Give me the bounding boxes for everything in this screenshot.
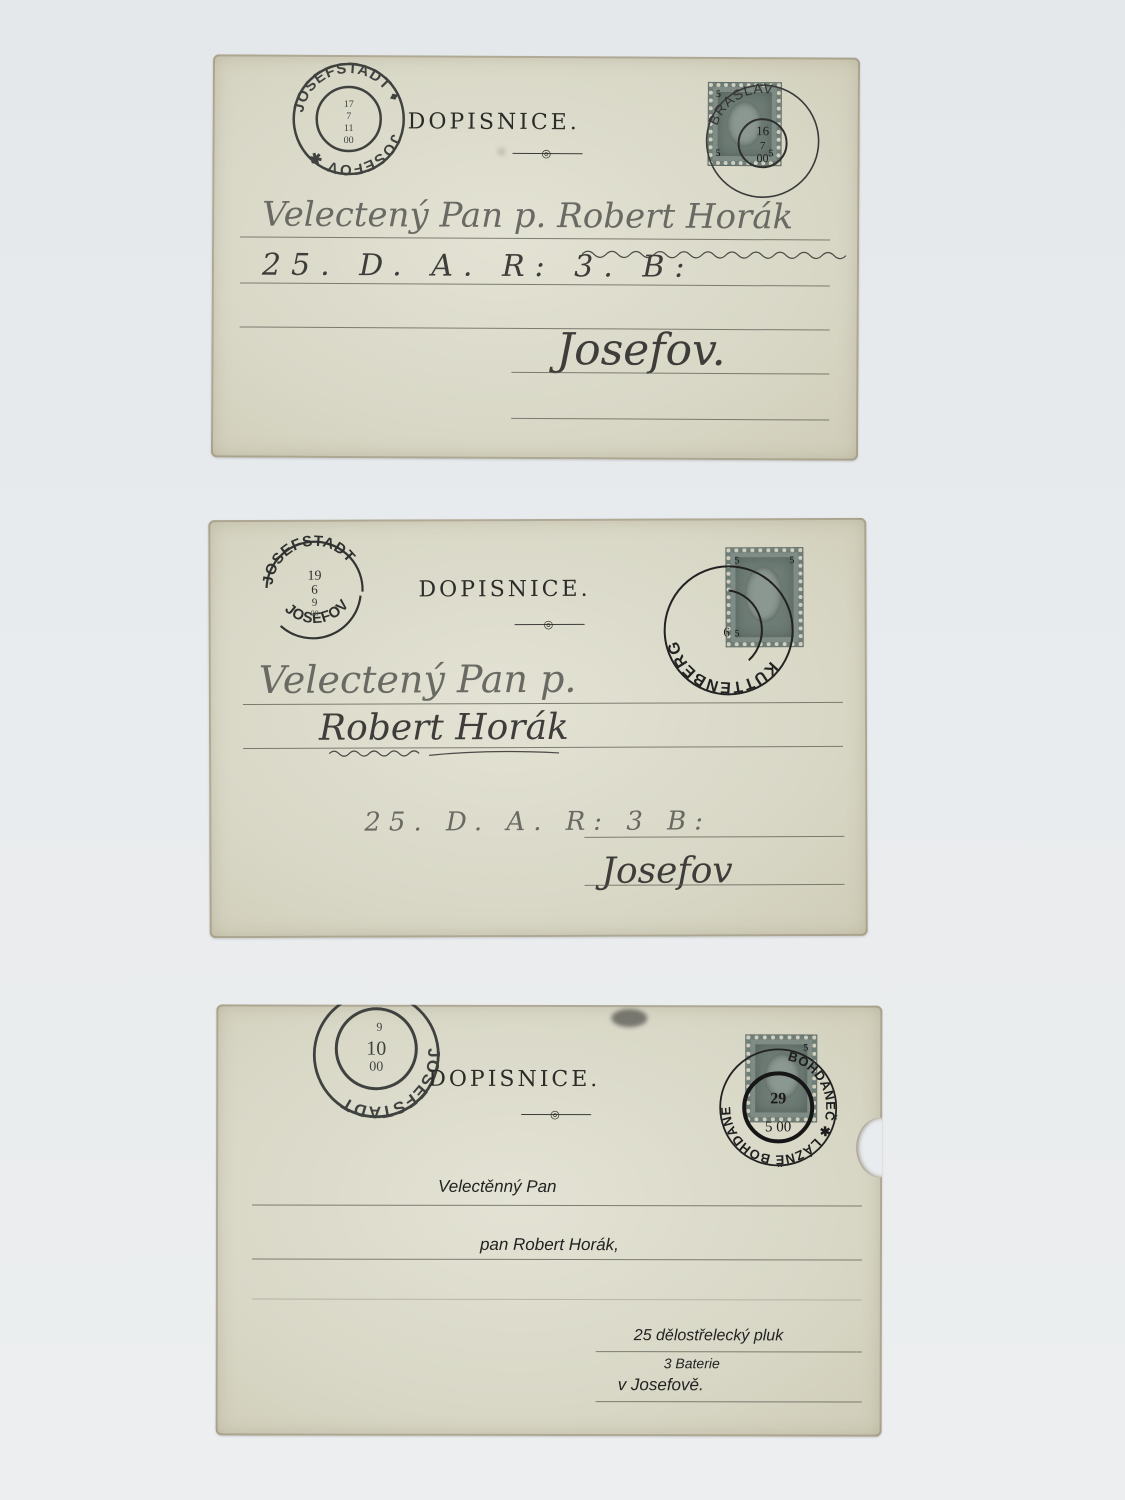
postcard-3: JOSEFSTADT 9 10 00 DOPISNICE. ◎ 5 BOHDAN… [216,1004,883,1436]
burn-mark [611,1009,647,1027]
address-rule [240,326,830,330]
svg-text:00: 00 [756,151,768,165]
address-line-3: Josefov. [556,324,725,376]
svg-text:00: 00 [344,135,354,146]
postmark-bohdanec: BOHDANEČ ✱ LÁZNĚ BOHDANEČ 29 5 00 [716,1045,840,1174]
address-line-1: Velectený Pan p. Robert Horák [262,195,793,238]
svg-text:5 00: 5 00 [765,1119,791,1135]
svg-text:JOSEFOV ✱: JOSEFOV ✱ [305,131,404,178]
damaged-notch [856,1118,882,1178]
card-title: DOPISNICE. [408,109,580,135]
address-rule [596,1401,862,1402]
ornament-divider: ◎ [521,1109,591,1119]
postmark-josefstadt: JOSEFSTADT 9 10 00 [311,1004,441,1131]
svg-text:7: 7 [346,111,351,122]
address-line-1: Velectený Pan p. [259,657,577,702]
svg-text:10: 10 [366,1038,386,1060]
card-title: DOPISNICE. [418,577,590,603]
address-rule [240,282,830,286]
address-line-3: 25 dělostřelecký pluk [634,1327,783,1345]
svg-text:9: 9 [312,597,318,609]
svg-text:00: 00 [311,609,319,618]
address-line-5: v Josefově. [618,1375,704,1395]
postmark-josefstadt: JOSEFSTADT ♦ JOSEFOV ✱ 17 7 11 00 [290,61,407,183]
svg-text:16: 16 [756,123,770,138]
address-rule [584,836,844,838]
postmark-kuttenberg: KUTTENBERG ♦ KUTNÁ HORA 6 [660,560,797,705]
address-rule [252,1258,862,1260]
postmark-braslav: BRASLAV 16 7 00 [702,83,823,205]
address-line-4: 3 Baterie [664,1355,720,1371]
address-line-2: Robert Horák [319,707,569,749]
postcard-2: JOSEFSTADT JOSEFOV 19 6 9 00 DOPISNICE. … [208,518,867,938]
ornament-divider: ◎ [515,619,585,629]
card-title: DOPISNICE. [428,1067,600,1092]
address-line-2: pan Robert Horák, [480,1235,619,1255]
svg-text:6: 6 [311,582,318,597]
svg-text:6: 6 [723,624,730,639]
svg-text:9: 9 [376,1020,382,1034]
address-rule [252,1298,862,1300]
address-rule [596,1351,862,1352]
postcard-1: JOSEFSTADT ♦ JOSEFOV ✱ 17 7 11 00 DOPISN… [211,54,860,460]
address-line-3: 25. D. A. R: 3 B: [364,806,711,837]
svg-text:11: 11 [344,123,354,134]
svg-text:29: 29 [770,1090,786,1107]
address-line-1: Velectěnný Pan [438,1177,556,1197]
ornament-divider: ◎ [513,148,583,158]
stain [498,148,506,156]
address-rule [511,418,829,421]
svg-text:BRASLAV: BRASLAV [705,80,775,128]
address-line-2: 25. D. A. R: 3. B: [262,248,695,285]
address-rule [252,1204,862,1206]
svg-text:17: 17 [344,99,354,110]
svg-text:00: 00 [369,1060,383,1075]
postmark-josefstadt: JOSEFSTADT JOSEFOV 19 6 9 00 [260,532,368,649]
